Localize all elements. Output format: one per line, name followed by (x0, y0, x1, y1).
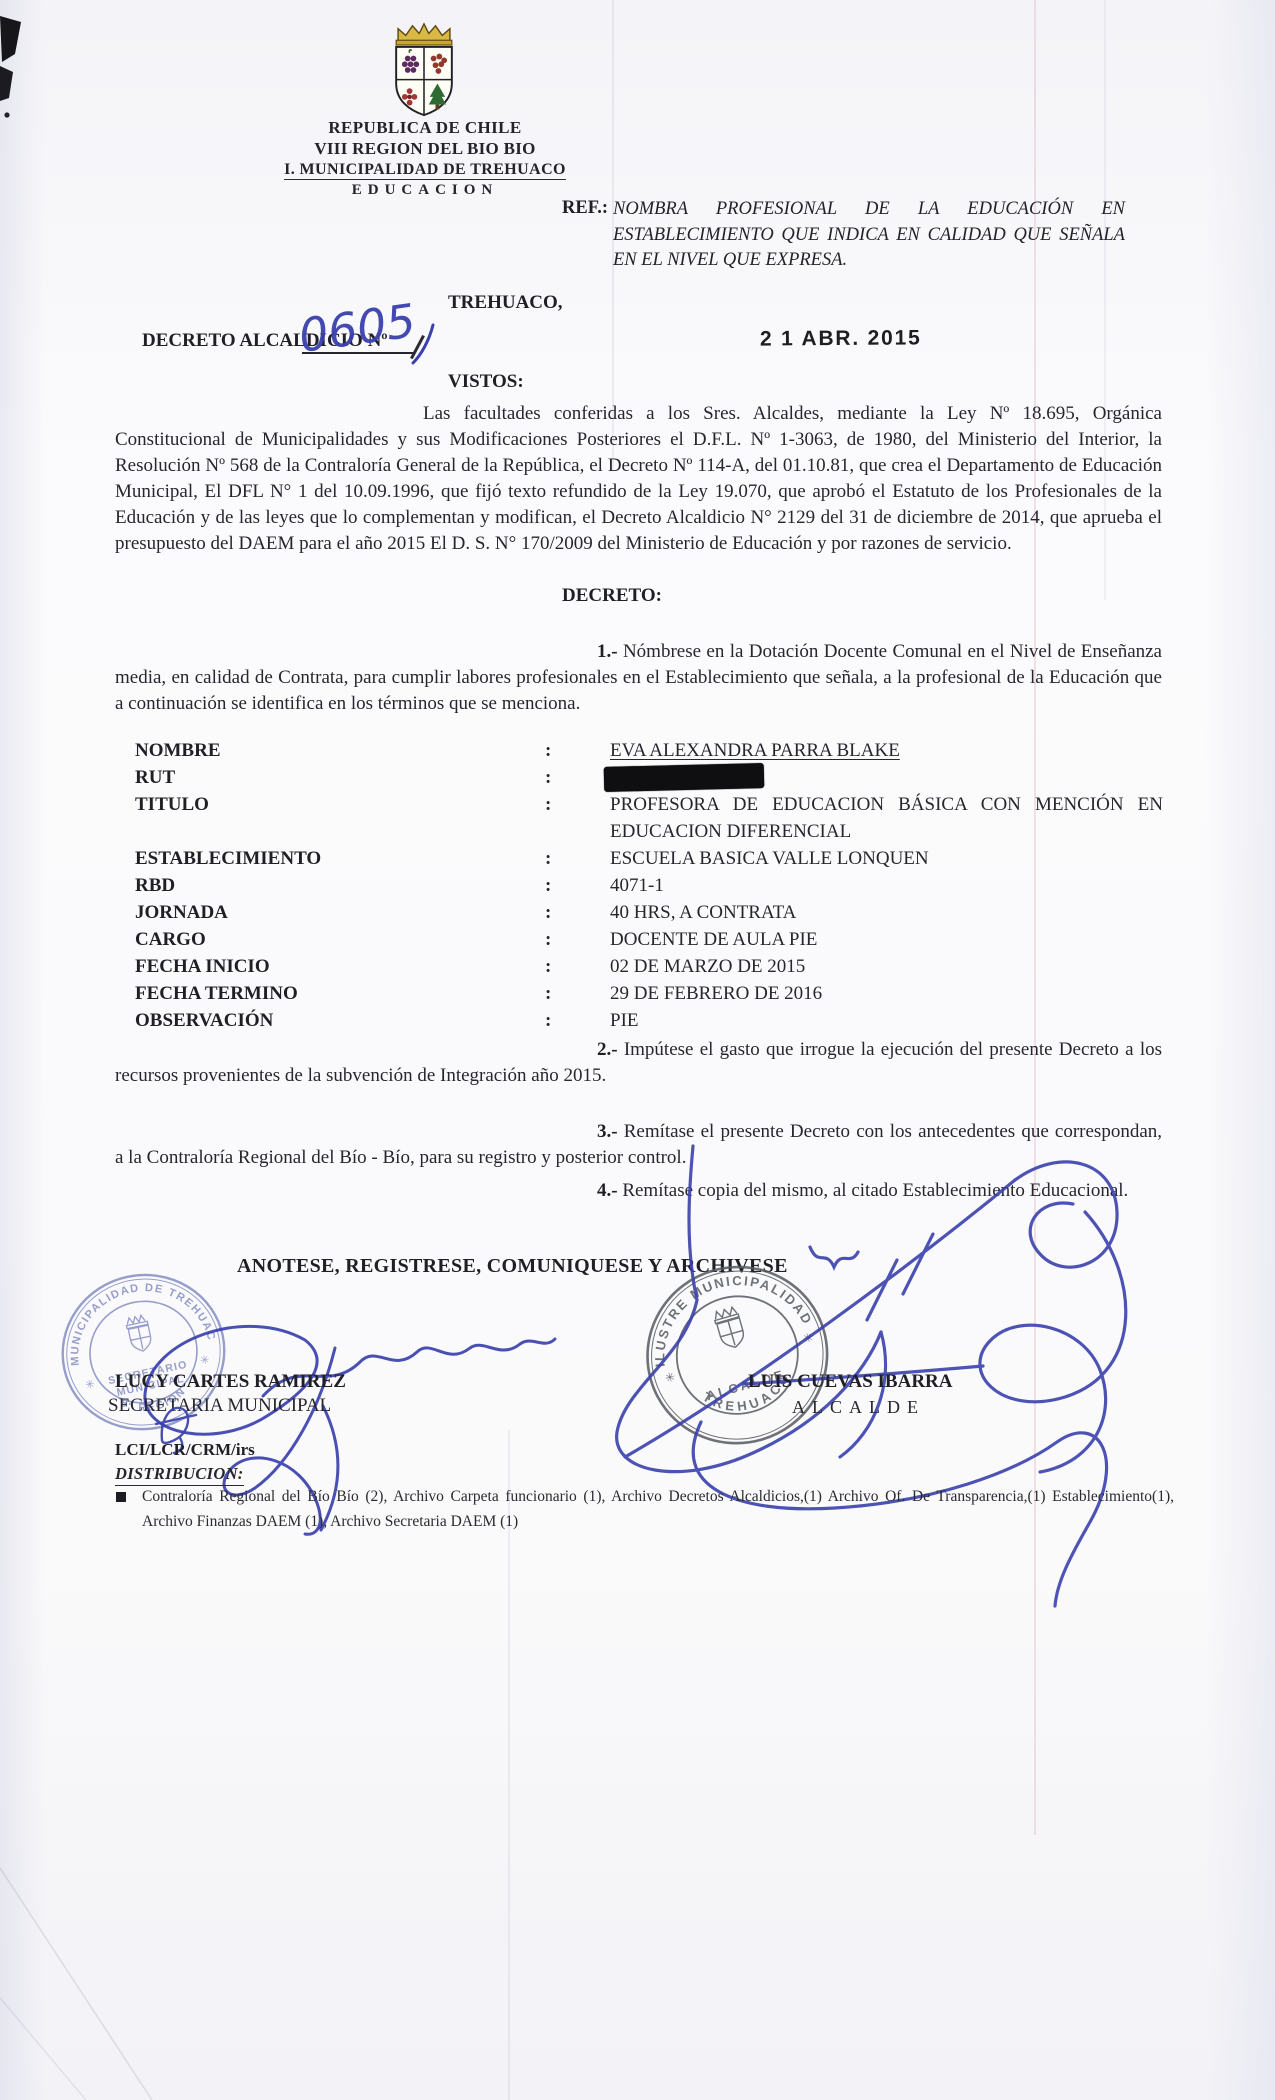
secretary-title: SECRETARIA MUNICIPAL (108, 1395, 331, 1417)
header-municipality: I. MUNICIPALIDAD DE TREHUACO (284, 161, 566, 180)
header-country: REPUBLICA DE CHILE (245, 118, 605, 138)
distribution-label: DISTRIBUCION: (115, 1464, 244, 1486)
decree-number-underline (302, 352, 414, 354)
decreto-label: DECRETO: (562, 585, 662, 607)
appointment-record: NOMBRE:EVA ALEXANDRA PARRA BLAKE RUT: TI… (135, 737, 1165, 1034)
stamp-crest-icon (125, 1314, 153, 1353)
date-stamp: 2 1 ABR. 2015 (760, 326, 922, 351)
redaction-bar (604, 763, 765, 792)
mayor-title: ALCALDE (792, 1397, 925, 1418)
ref-text: NOMBRA PROFESIONAL DE LA EDUCACIÓN EN ES… (613, 197, 1125, 274)
article-1: 1.- Nómbrese en la Dotación Docente Comu… (115, 639, 1162, 717)
svg-text:✳: ✳ (84, 1378, 96, 1392)
svg-text:✳: ✳ (801, 1330, 815, 1346)
record-row: ESTABLECIMIENTO:ESCUELA BASICA VALLE LON… (135, 845, 1165, 872)
ref-label: REF.: (562, 198, 608, 219)
secretary-stamp-icon: I. MUNICIPALIDAD DE TREHUACO 8ª REGION ✳… (42, 1254, 245, 1455)
record-row: RUT: (135, 764, 1165, 791)
mayor-name: LUIS CUEVAS IBARRA (748, 1371, 952, 1393)
city-line: TREHUACO, (448, 292, 563, 314)
header-department: EDUCACION (245, 182, 605, 199)
secretary-name: LUCY CARTES RAMIREZ (115, 1371, 346, 1393)
stamp-crest-icon (713, 1306, 747, 1351)
vistos-label: VISTOS: (448, 371, 524, 393)
distribution-text: Contraloría Regional del Bío Bío (2), Ar… (142, 1485, 1174, 1534)
bullet-square-icon (116, 1492, 126, 1502)
footer-initials: LCI/LCR/CRM/irs (115, 1440, 255, 1460)
decree-number-slash (410, 335, 424, 359)
svg-text:✳: ✳ (663, 1369, 677, 1385)
decree-number-label: DECRETO ALCALDICIO Nº (142, 330, 388, 352)
header-region: VIII REGION DEL BIO BIO (245, 139, 605, 159)
record-row: NOMBRE:EVA ALEXANDRA PARRA BLAKE (135, 737, 1165, 764)
record-row: RBD:4071-1 (135, 872, 1165, 899)
article-4: 4.- Remítase copia del mismo, al citado … (115, 1177, 1162, 1205)
svg-text:I. MUNICIPALIDAD DE TREHUACO: I. MUNICIPALIDAD DE TREHUACO (42, 1254, 217, 1375)
record-row: JORNADA:40 HRS, A CONTRATA (135, 899, 1165, 926)
svg-text:✳: ✳ (199, 1354, 211, 1368)
record-row: FECHA INICIO:02 DE MARZO DE 2015 (135, 953, 1165, 980)
scanned-decree-page: REPUBLICA DE CHILE VIII REGION DEL BIO B… (0, 0, 1275, 2100)
record-row: TITULO:PROFESORA DE EDUCACION BÁSICA CON… (135, 791, 1165, 845)
coat-of-arms-icon (380, 22, 468, 118)
record-row: OBSERVACIÓN:PIE (135, 1007, 1165, 1034)
article-2: 2.- Impútese el gasto que irrogue la eje… (115, 1037, 1162, 1089)
vistos-paragraph: Las facultades conferidas a los Sres. Al… (115, 401, 1162, 557)
record-row: CARGO:DOCENTE DE AULA PIE (135, 926, 1165, 953)
article-3: 3.- Remítase el presente Decreto con los… (115, 1119, 1162, 1171)
record-row: FECHA TERMINO:29 DE FEBRERO DE 2016 (135, 980, 1165, 1007)
